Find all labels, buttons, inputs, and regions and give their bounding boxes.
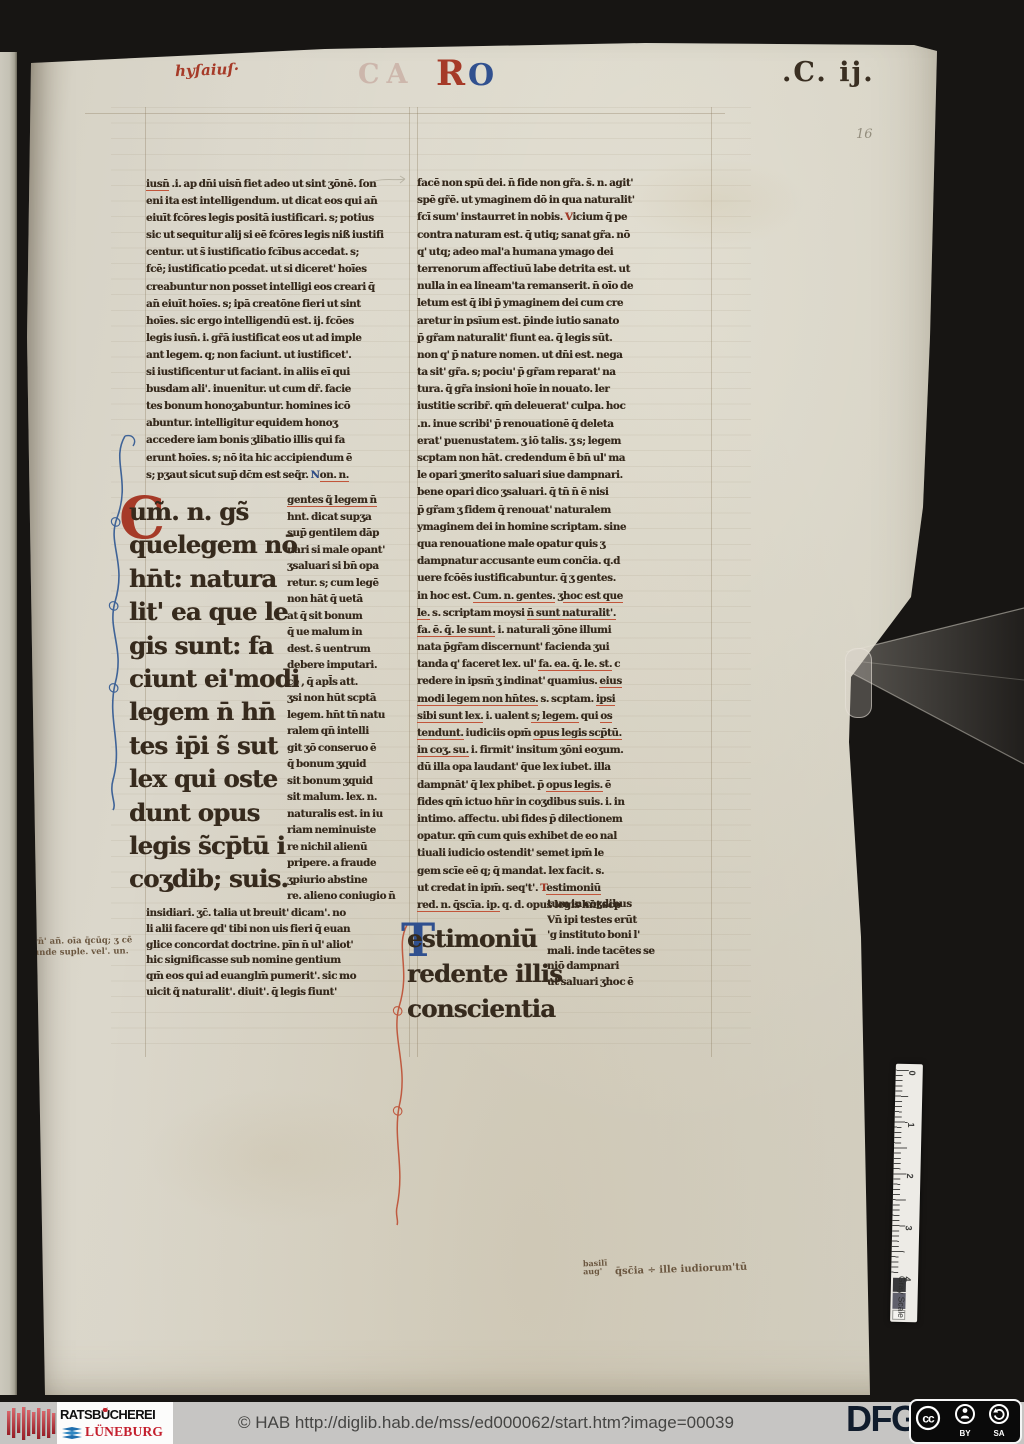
text-line: Vn̄ ipi testes erūt (547, 913, 722, 929)
text-line: nata p̄gr̃am discernunt' facienda ʒui (417, 639, 715, 656)
text-line: busdam ali'. inuenitur. ut cum dr̃. faci… (146, 381, 414, 398)
text-line: uicit q̃ naturalit'. diuit'. q̄ legis fi… (146, 985, 414, 1001)
text-line: hic significasse sub nomine gentium (146, 953, 414, 969)
text-segment: s; legem. (531, 710, 579, 723)
logo-bar (37, 1408, 40, 1439)
text-line: pripere. a fraude (287, 855, 414, 872)
text-line: dampnāt' q̄ lex phibet. p̄ opus legis. ē (417, 777, 715, 794)
text-segment: i. naturali ʒōne illumi (495, 624, 611, 636)
text-line: .n. inue scribi' p̄ renouationē q̄ delet… (417, 416, 715, 433)
text-segment: estimoniū (546, 882, 601, 895)
ruler-numbers: 01234 (896, 1064, 923, 1065)
text-segment: sibi sunt lex. (417, 710, 483, 723)
text-line: 'g instituto boni l' (547, 928, 722, 944)
text-line: spē gr̃ē. ut ymaginem dō in qua naturali… (417, 192, 715, 209)
cc-license-badge: cc BY SA (909, 1399, 1022, 1444)
text-line: non hāt q̄ uetā (287, 591, 414, 608)
text-line: ʒsaluari si bn̄ opa (287, 558, 414, 575)
text-line: iusn̄ .i. ap dn̄i uisn̄ fiet adeo ut sin… (146, 176, 414, 193)
text-line: eiuīt fcōres legis positā iustificari. s… (146, 210, 414, 227)
text-line: legis s̃cp̄tū i (129, 829, 299, 862)
text-segment: opus legis. (546, 779, 603, 792)
text-segment: ipsi (596, 693, 615, 706)
text-segment: tanda q' faceret lex. ul' (417, 658, 538, 670)
text-line: s; pʒaut sicut sup̄ dc̄m est seq̃r. Non.… (146, 467, 414, 484)
text-line: terrenorum affectiuū labe detrita est. u… (417, 261, 715, 278)
text-line: nari si male opant' (287, 542, 414, 559)
text-line: at q̄ sit bonum (287, 608, 414, 625)
logo-bar (42, 1411, 45, 1436)
text-line: accedere iam bonis ʒlibatio illis qui fa (146, 432, 414, 449)
text-segment: redere in ipsm̄ ʒ indinat' quamius. (417, 675, 599, 687)
text-line: conscientia (407, 991, 577, 1026)
text-line: letum est q̄ ibi p̄ ymaginem dei cum cre (417, 295, 715, 312)
text-segment: n̄ sunt naturalit'. (527, 607, 616, 620)
facing-page-edge (0, 52, 17, 1395)
library-name: RATSBÜCHEREI (60, 1407, 155, 1422)
person-icon (956, 1405, 974, 1423)
text-line: ant legem. q; non faciunt. ut iustificet… (146, 347, 414, 364)
gloss-column-1-inner: gentes q̃ legem n̄hnt. dicat supʒasup̄ g… (287, 492, 414, 905)
text-line: opatur. qm̄ cum quis exhibet de eo nal (417, 828, 715, 845)
text-line: coʒdib; suis. (129, 862, 299, 895)
text-line: gis sunt: fa (129, 629, 299, 662)
text-line: fa. ē. q̄. le sunt. i. naturali ʒōne ill… (417, 622, 715, 639)
text-segment: .i. ap dn̄i uisn̄ fiet adeo ut sint ʒōnē… (169, 178, 376, 190)
text-segment: red. n. q̄scīa. ip. (417, 899, 500, 912)
library-city: LÜNEBURG (85, 1424, 163, 1440)
digitized-manuscript-viewer: hyſaiuſ· CA R O .C. ij. 16 iusn̄ .i. ap … (0, 0, 1024, 1444)
dfg-logo: DFG (846, 1398, 918, 1440)
cc-by-label: BY (959, 1429, 971, 1438)
text-line: erat' puenustatem. ʒ iō talis. ʒ s; lege… (417, 433, 715, 450)
text-line: lex qui oste (129, 762, 299, 795)
text-segment: s. scptam. (538, 693, 596, 705)
text-line: retur. s; cum legē (287, 575, 414, 592)
library-name-umlaut: Ü (101, 1407, 110, 1422)
text-line: contra naturam est. q̄ utiq; sanat gr̃a.… (417, 227, 715, 244)
text-line: iustitie scribr̃. qm̄ deleuerat' culpa. … (417, 398, 715, 415)
text-line: dest. s̄ uentrum (287, 641, 414, 658)
text-line: q̄ bonum ʒquid (287, 756, 414, 773)
share-alike-icon (990, 1405, 1008, 1423)
text-line: tes ip̄i s̃ sut (129, 729, 299, 762)
text-line: in coʒ. su. i. firmit' insitum ʒōni eoʒu… (417, 742, 715, 759)
text-line: hn̄t: natura (129, 562, 299, 595)
lemma-text-romans: um̃. n. gs̃quelegem nōhn̄t: naturalit' e… (129, 495, 299, 896)
strip-clip-end (845, 648, 872, 718)
ruler-number: 2 (905, 1173, 915, 1178)
text-line: gentes q̃ legem n̄ (287, 492, 414, 509)
text-line: git ʒō conseruo ē (287, 740, 414, 757)
text-segment: ē (603, 779, 611, 791)
text-line: p̄ gr̃am ʒ fidem q̄ renouat' naturalem (417, 502, 715, 519)
grayscale-label: Gray Scale (895, 1276, 907, 1366)
text-segment: eius (599, 675, 621, 688)
text-line: an̄ eiuīt hoīes. s; ipā creatōne fieri u… (146, 296, 414, 313)
book-title-letter-r: R (436, 53, 465, 94)
text-segment: tendunt. (417, 727, 464, 740)
text-line: erunt hoīes. s; nō ita hic accipiendum ē (146, 450, 414, 467)
text-line: re nichil alienū (287, 839, 414, 856)
library-name-part: RATSB (60, 1407, 101, 1422)
text-line: scptam non hāt. credendum ē bn̄ ul' ma (417, 450, 715, 467)
text-line: qua renouatione male opatur quis ʒ (417, 536, 715, 553)
text-line: unde suple. vel'. un. (33, 946, 153, 959)
svg-text:cc: cc (922, 1412, 935, 1426)
logo-bar (52, 1413, 55, 1434)
text-line: ut saluari ʒhoc ē (547, 975, 722, 991)
text-segment: gentes q̃ legem n̄ (287, 494, 377, 507)
manuscript-page: hyſaiuſ· CA R O .C. ij. 16 iusn̄ .i. ap … (25, 37, 941, 1395)
ruler-number: 1 (906, 1122, 916, 1127)
logo-bar (32, 1412, 35, 1434)
text-segment: hoc est que (563, 590, 623, 603)
text-segment: ut credat in ipm̄. seq't'. (417, 882, 540, 894)
logo-bar (47, 1409, 50, 1438)
text-line: ʒpiurio abstine (287, 872, 414, 889)
text-line: si iustificentur ut faciant. in aliis eī… (146, 364, 414, 381)
text-line: redere in ipsm̄ ʒ indinat' quamius. eius (417, 673, 715, 690)
text-line: hnt. dicat supʒa (287, 509, 414, 526)
text-line: mali. inde tacētes se (547, 944, 722, 960)
text-segment: in coʒ. su. (417, 744, 469, 757)
text-line: aretur in psīum est. p̄inde iutio sanato (417, 313, 715, 330)
text-line: ʒsi non hūt scptā (287, 690, 414, 707)
text-segment: opus legis scp̄tū. (533, 727, 622, 740)
text-line: in hoc est. Cum. n. gentes. ʒhoc est que (417, 588, 715, 605)
gloss-column-1-top: iusn̄ .i. ap dn̄i uisn̄ fiet adeo ut sin… (146, 176, 414, 484)
text-line: tendunt. iudiciis opm̄ opus legis scp̄tū… (417, 725, 715, 742)
running-title: hyſaiuſ· (175, 60, 240, 80)
text-segment: in hoc est. (417, 590, 473, 602)
text-line: lit' ea que le (129, 595, 299, 628)
text-segment: i. firmit' insitum ʒōni eoʒum. (469, 744, 624, 756)
ruler-number: 0 (907, 1070, 917, 1075)
text-line: tes bonum honoʒabuntur. homines icō (146, 398, 414, 415)
text-line: legem n̄ hn̄ (129, 695, 299, 728)
book-title-letter-o: O (468, 58, 494, 93)
text-line: fcē; iustificatio pcedat. ut si diceret'… (146, 261, 414, 278)
book-wave-icon (61, 1426, 83, 1440)
text-line: p̄ gr̃am naturalit' fiunt ea. q̄ legis s… (417, 330, 715, 347)
text-segment: s. scriptam moysi (430, 607, 527, 619)
text-segment: os (600, 710, 612, 723)
text-line: intimo. affectu. ubi fides p̄ dilectione… (417, 811, 715, 828)
text-line: facē non spū dei. n̄ fide non gr̃a. s̄. … (417, 175, 715, 192)
text-line: glice concordat doctrine. pīn n̄ ul' ali… (146, 938, 414, 954)
gloss-column-1-bottom: insidiari. ʒc̄. talia ut breuit' dicam'.… (146, 906, 414, 1001)
text-segment: icium q̄ pe (572, 211, 627, 223)
text-line: le opari ʒmerito saluari siue dampnari. (417, 467, 715, 484)
text-segment: fa. ea. q̄. le. st. (538, 658, 612, 671)
logo-bar (17, 1413, 20, 1433)
text-line: dunt opus (129, 796, 299, 829)
logo-bar (12, 1408, 15, 1438)
text-line: tanda q' faceret lex. ul' fa. ea. q̄. le… (417, 656, 715, 673)
text-line: ut credat in ipm̄. seq't'. Testimoniū (417, 880, 715, 897)
text-line: le. s. scriptam moysi n̄ sunt naturalit'… (417, 605, 715, 622)
footer-bar: RATSBÜCHEREI LÜNEBURG © HAB http://digli… (0, 1402, 1024, 1444)
text-line: sup̄ gentilem dāp (287, 525, 414, 542)
text-line: q̄ ue malum in (287, 624, 414, 641)
text-segment: dampnāt' q̄ lex phibet. p̄ (417, 779, 546, 791)
ruler-number: 3 (904, 1225, 914, 1230)
text-line: dū illa opa laudant' q̄ue lex iubet. ill… (417, 759, 715, 776)
logo-bar (7, 1411, 10, 1435)
text-line: non q' p̄ nature nomen. ut dn̄i est. neg… (417, 347, 715, 364)
text-line: sic ut sequitur alij si eē fcōres legis … (146, 227, 414, 244)
text-line: ta sit' gr̃a. s; pociu' p̄ gr̃am reparat… (417, 364, 715, 381)
text-line: niō dampnari (547, 959, 722, 975)
text-line: legem. hn̄t tn̄ natu (287, 707, 414, 724)
text-segment: s; pʒaut sicut sup̄ dc̄m est seq̃r. (146, 469, 311, 481)
logo-bar (22, 1407, 25, 1440)
text-segment: N (311, 469, 320, 481)
cc-by-sa-icons: cc BY SA (911, 1401, 1020, 1440)
text-line: centur. ut s̄ iustificatio fcībus acceda… (146, 244, 414, 261)
chapter-number: .C. ij. (782, 57, 875, 88)
text-segment: iusn̄ (146, 178, 169, 191)
text-line: fcī sum' instaurret in nobis. Vicium q̄ … (417, 209, 715, 226)
text-segment: le. (417, 607, 430, 620)
text-line: tiuali iudicio ostendit' semet ipm̄ le (417, 845, 715, 862)
text-line: um̃. n. gs̃ (129, 495, 299, 528)
text-line: gem scīe eē q; q̄ mandat. lex facit. s. (417, 863, 715, 880)
text-line: sit bonum ʒquid (287, 773, 414, 790)
text-line: quelegem nō (129, 528, 299, 561)
text-line: legis iusn̄. i. gr̃ā iustificat eos ut a… (146, 330, 414, 347)
cc-sa-label: SA (993, 1429, 1004, 1438)
text-segment: Cum. n. gentes. (473, 590, 556, 603)
text-line: dampnatur accusante eum conc̄ia. q.d (417, 553, 715, 570)
text-line: li alii facere qd' tibi non uis fieri q̄… (146, 922, 414, 938)
folio-number-pencil: 16 (856, 127, 873, 142)
margin-note: vn̄' añ. oīa q̄cūq; ʒ cēunde suple. vel'… (33, 935, 153, 959)
text-segment: c (612, 658, 620, 670)
text-line: uere fcōēs iustificabuntur. q̄ ʒ gentes. (417, 570, 715, 587)
text-line: abuntur. intelligitur equidem honoʒ (146, 415, 414, 432)
text-line: q' utq; adeo mal'a humana ymago dei (417, 244, 715, 261)
text-line: qm̄ eos qui ad euanglm̄ pumerit'. sic mo (146, 969, 414, 985)
text-segment: ʒ (555, 590, 563, 602)
bottom-annotation-text: q̄sc̄ia ÷ ille iudiorum'tū (615, 1262, 747, 1278)
text-line: sibi sunt lex. i. ualent s; legem. qui o… (417, 708, 715, 725)
annotation-stack-bottom: aug' (583, 1267, 608, 1276)
text-line: nulla in ea lineam'ta remanserit. n̄ oīo… (417, 278, 715, 295)
text-line: debere imputari. (287, 657, 414, 674)
text-line: hoīes. sic ergo intelligendū est. ij. fc… (146, 313, 414, 330)
logo-bar (27, 1410, 30, 1436)
grayscale-ruler: 01234 Gray Scale (890, 1064, 923, 1323)
ruling-hline (85, 113, 725, 114)
text-line: tura. q̄ gr̃a insioni hoīe in nouato. le… (417, 381, 715, 398)
library-logo-bars (7, 1404, 62, 1442)
text-line: riam neminuiste (287, 822, 414, 839)
bottom-annotation: basilī aug' (583, 1259, 608, 1276)
text-line: ralem qn̄ intelli (287, 723, 414, 740)
library-name-part: CHEREI (110, 1407, 156, 1422)
text-line: bene opari dico ʒsaluari. q̄ tn̄ n̄ ē ni… (417, 484, 715, 501)
text-segment: i. ualent (483, 710, 531, 722)
text-line: naturalis est. in iu (287, 806, 414, 823)
text-segment: on. n. (320, 469, 349, 482)
text-line: re. alieno coniugio n̄ (287, 888, 414, 905)
text-line: tum in coʒdibus (547, 897, 722, 913)
text-line: eni ita est intelligendum. ut dicat eos … (146, 193, 414, 210)
text-segment: fa. ē. q̄. le sunt. (417, 624, 495, 637)
text-line: creabuntur non posset intelligi eos crea… (146, 279, 414, 296)
library-logo: RATSBÜCHEREI LÜNEBURG (57, 1402, 173, 1444)
text-line: cē , q̄ apl̄s att. (287, 674, 414, 691)
text-segment: qui (579, 710, 601, 722)
text-segment: iudiciis opm̄ (464, 727, 534, 739)
text-line: insidiari. ʒc̄. talia ut breuit' dicam'.… (146, 906, 414, 922)
parchment-stain (145, 1087, 405, 1227)
text-line: ymaginem dei in homine scriptam. sine (417, 519, 715, 536)
text-line: modi legem non hn̄tes. s. scptam. ipsi (417, 691, 715, 708)
gloss-column-2: facē non spū dei. n̄ fide non gr̃a. s̄. … (417, 175, 715, 914)
text-segment: fcī sum' instaurret in nobis. (417, 211, 565, 223)
text-line: ciunt ei'modi (129, 662, 299, 695)
text-line: sit malum. lex. n. (287, 789, 414, 806)
offset-ghost-letters: CA (358, 59, 414, 90)
text-line: fides qm̄ ictuo hn̄r in coʒdibus suis. i… (417, 794, 715, 811)
gloss-column-2-inner: tum in coʒdibusVn̄ ipi testes erūt'g ins… (547, 897, 722, 991)
text-segment: modi legem non hn̄tes. (417, 693, 538, 706)
copyright-url: © HAB http://diglib.hab.de/mss/ed000062/… (238, 1413, 734, 1433)
